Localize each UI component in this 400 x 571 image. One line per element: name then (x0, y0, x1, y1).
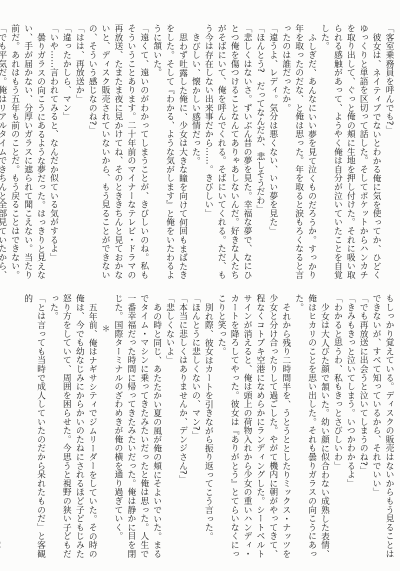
dialogue-line: 「悲しくないよ」 (163, 294, 176, 558)
narration-paragraph: 思わず吐露した俺に、少女は大きな瞳を向けて何回もまばたきをした。そして『わかる、… (150, 24, 189, 286)
narration-paragraph: 曇りガラスの向こうにあるような夢だった。はっきりと見えない、手が届かない、分厚い… (8, 24, 47, 286)
narration-paragraph: 「とは言っても当時で成人していたのだから呆れたものだ」と客観的 (21, 294, 47, 558)
text-block-bottom: もしっかり覚えている。ディスクの販売はないからもう見ることはできないが、すべて知… (2, 294, 395, 558)
narration-paragraph: それから残り二時間半を、うとうととしたりミックス・ナッツを少女と分け合ったりして… (214, 294, 291, 558)
narration-paragraph: ふしぎだ、あんなにいい夢を見て泣くものだろうか。すっかり年を取ったのだな、と俺は… (279, 24, 318, 286)
text-block-top: 「客室乗務員を呼んでも?」 彼女は、ネイティブでないとわかる俺に気を使ってか、ひ… (2, 24, 395, 286)
dialogue-line: 「ほんとう? だってなんだか、悲しそうだわ」 (253, 24, 266, 286)
dialogue-line: 「わかると思うわ、私もきっとさびしいわ」 (330, 294, 343, 558)
dialogue-line: 「でも平気だ。俺はリアルタイムできちんと全部見ていたから、内容 (0, 24, 8, 286)
dialogue-line: 「いや……言われてみると、なんだか似ている気がするよ」 (47, 24, 60, 286)
narration-paragraph: きびしい、懐かしい感情だった。 (189, 24, 202, 286)
dialogue-line: 「本当に悲しくはありませんか、デンジさん?」 (176, 294, 189, 558)
section-divider: ＊ (98, 294, 111, 558)
dialogue-line: 「きみもきっと泣いてしまう。いつかわかるよ」 (343, 294, 356, 558)
dialogue-line: 「客室乗務員を呼んでも?」 (382, 24, 395, 286)
narration-paragraph: 別れ際、彼女はカートを引きながら振り返ってこう言った。 (201, 294, 214, 558)
narration-paragraph: あの時と同じ、あたたかい夏の風が俺の頬にそよいでいた。まるでタイム・マシンに乗っ… (111, 294, 163, 558)
dialogue-line: 「違ったかしら、マン」 (59, 24, 72, 286)
novel-page: 「客室乗務員を呼んでも?」 彼女は、ネイティブでないとわかる俺に気を使ってか、ひ… (0, 0, 400, 571)
dialogue-line: 「でも再放送に出会うと泣いてしまうのね?」 (356, 294, 369, 558)
narration-paragraph: 彼女は、ネイティブでないとわかる俺に気を使ってか、ひどくゆっくりと単語を区切って… (318, 24, 383, 286)
narration-paragraph: 少女は大人びた顔で頷いた。幼い顔に似合わない成熟した表情、俺はヒカリのことを思い… (292, 294, 331, 558)
narration-paragraph: 五年前、俺はナギサシティでジムリーダーをしていた。その時の俺は、今でも幼なじみに… (47, 294, 99, 558)
dialogue-line: 「ほんとうに悲しくないの、マン?」 (189, 294, 202, 558)
narration-paragraph: もしっかり覚えている。ディスクの販売はないからもう見ることはできないが、すべて知… (369, 294, 395, 558)
dialogue-line: 「違うよ、レディ。気分は悪くない、いい夢を見た」 (266, 24, 279, 286)
page-number: 36 (0, 541, 1, 549)
dialogue-line: 「はは、再放送か」 (72, 24, 85, 286)
dialogue-line: 「悲しくはないさ。ずいぶん昔の夢を見た。幸福な夢で、なにひとつ俺を傷つけることな… (201, 24, 253, 286)
dialogue-line: 「遠くて、遠いのがわかってしまうことが、きびしいのね。私もそういうことあります。… (85, 24, 150, 286)
